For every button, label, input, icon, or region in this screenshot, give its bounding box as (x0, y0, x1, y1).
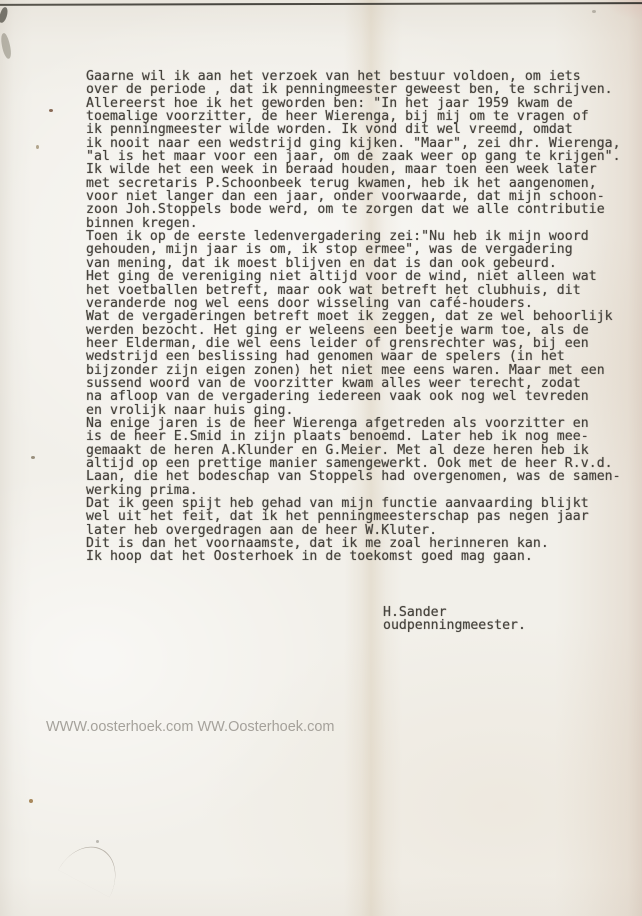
paper-speck (29, 799, 33, 803)
paper-speck (31, 456, 35, 459)
watermark-text: WWW.oosterhoek.com WW.Oosterhoek.com (46, 719, 334, 735)
paper-blemish-top-left (0, 32, 13, 59)
paper-speck (592, 10, 596, 13)
scanned-letter-page: Gaarne wil ik aan het verzoek van het be… (0, 0, 642, 916)
paper-crease-arc (58, 836, 128, 898)
paper-speck (96, 840, 99, 843)
paper-blemish-top-left (0, 6, 9, 23)
signature-title: oudpenningmeester. (383, 619, 526, 632)
paper-speck (36, 145, 39, 149)
paper-speck (49, 109, 53, 112)
letter-body-text: Gaarne wil ik aan het verzoek van het be… (86, 70, 621, 564)
scan-top-edge-line (0, 2, 642, 6)
signature-block: H.Sander oudpenningmeester. (383, 606, 526, 633)
